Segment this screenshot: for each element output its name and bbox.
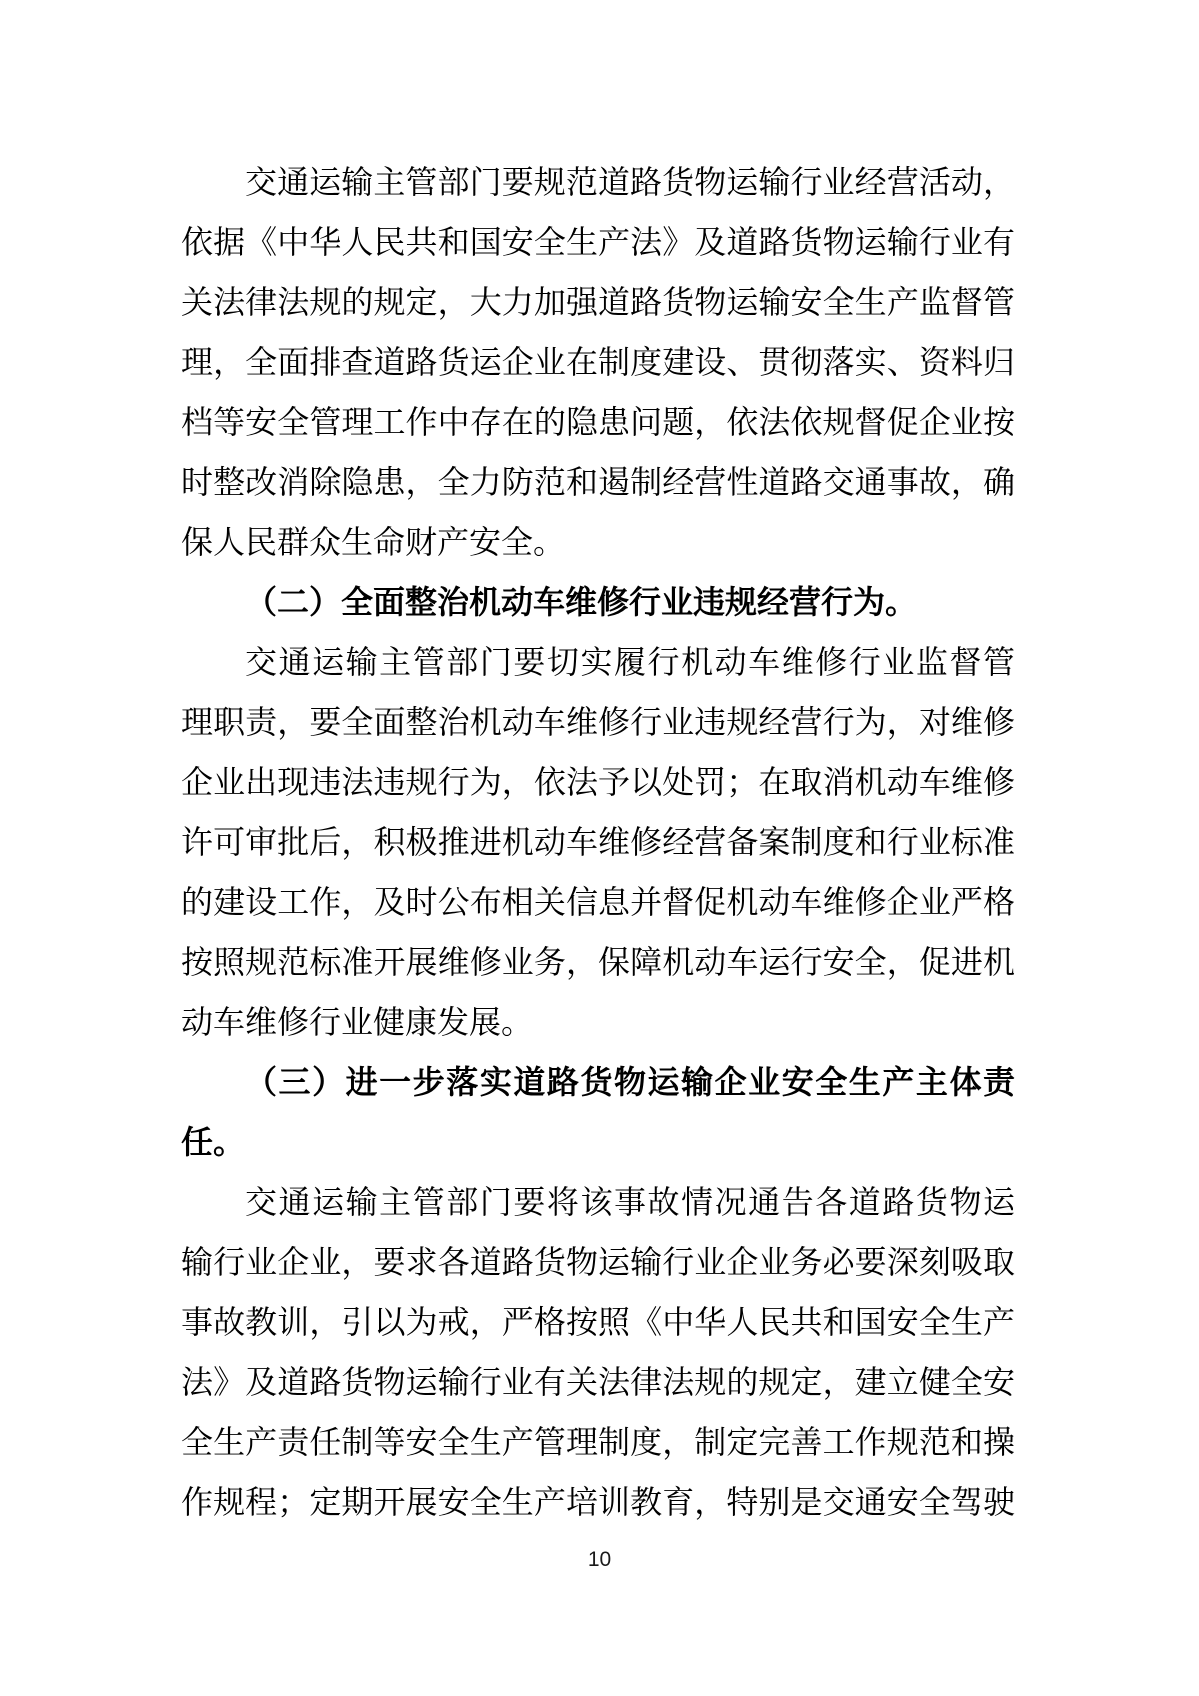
text-line: 输行业企业，要求各道路货物运输行业企业务必要深刻吸取 <box>181 1232 1015 1292</box>
text-line: 理，全面排查道路货运企业在制度建设、贯彻落实、资料归 <box>181 332 1015 392</box>
heading-line: 任。 <box>181 1112 1015 1172</box>
text-line: 动车维修行业健康发展。 <box>181 992 1015 1052</box>
text-block: 交通运输主管部门要规范道路货物运输行业经营活动， 依据《中华人民共和国安全生产法… <box>181 152 1015 1532</box>
text-line: 交通运输主管部门要规范道路货物运输行业经营活动， <box>181 152 1015 212</box>
text-line: 时整改消除隐患，全力防范和遏制经营性道路交通事故，确 <box>181 452 1015 512</box>
paragraph-3: 交通运输主管部门要将该事故情况通告各道路货物运 输行业企业，要求各道路货物运输行… <box>181 1172 1015 1532</box>
text-line: 交通运输主管部门要将该事故情况通告各道路货物运 <box>181 1172 1015 1232</box>
heading-line: （二）全面整治机动车维修行业违规经营行为。 <box>181 572 1015 632</box>
text-line: 依据《中华人民共和国安全生产法》及道路货物运输行业有 <box>181 212 1015 272</box>
text-line: 的建设工作，及时公布相关信息并督促机动车维修企业严格 <box>181 872 1015 932</box>
text-line: 事故教训，引以为戒，严格按照《中华人民共和国安全生产 <box>181 1292 1015 1352</box>
text-line: 按照规范标准开展维修业务，保障机动车运行安全，促进机 <box>181 932 1015 992</box>
heading-line: （三）进一步落实道路货物运输企业安全生产主体责 <box>181 1052 1015 1112</box>
text-line: 作规程；定期开展安全生产培训教育，特别是交通安全驾驶 <box>181 1472 1015 1532</box>
section-heading-2: （二）全面整治机动车维修行业违规经营行为。 <box>181 572 1015 632</box>
text-line: 档等安全管理工作中存在的隐患问题，依法依规督促企业按 <box>181 392 1015 452</box>
text-line: 企业出现违法违规行为，依法予以处罚；在取消机动车维修 <box>181 752 1015 812</box>
text-line: 交通运输主管部门要切实履行机动车维修行业监督管 <box>181 632 1015 692</box>
document-page: { "doc": { "blocks": [ { "type": "paragr… <box>0 0 1199 1696</box>
text-line: 理职责，要全面整治机动车维修行业违规经营行为，对维修 <box>181 692 1015 752</box>
text-line: 关法律法规的规定，大力加强道路货物运输安全生产监督管 <box>181 272 1015 332</box>
text-line: 保人民群众生命财产安全。 <box>181 512 1015 572</box>
text-line: 许可审批后，积极推进机动车维修经营备案制度和行业标准 <box>181 812 1015 872</box>
paragraph-1: 交通运输主管部门要规范道路货物运输行业经营活动， 依据《中华人民共和国安全生产法… <box>181 152 1015 572</box>
text-line: 全生产责任制等安全生产管理制度，制定完善工作规范和操 <box>181 1412 1015 1472</box>
paragraph-2: 交通运输主管部门要切实履行机动车维修行业监督管 理职责，要全面整治机动车维修行业… <box>181 632 1015 1052</box>
text-line: 法》及道路货物运输行业有关法律法规的规定，建立健全安 <box>181 1352 1015 1412</box>
section-heading-3: （三）进一步落实道路货物运输企业安全生产主体责 任。 <box>181 1052 1015 1172</box>
page-number: 10 <box>0 1546 1199 1574</box>
